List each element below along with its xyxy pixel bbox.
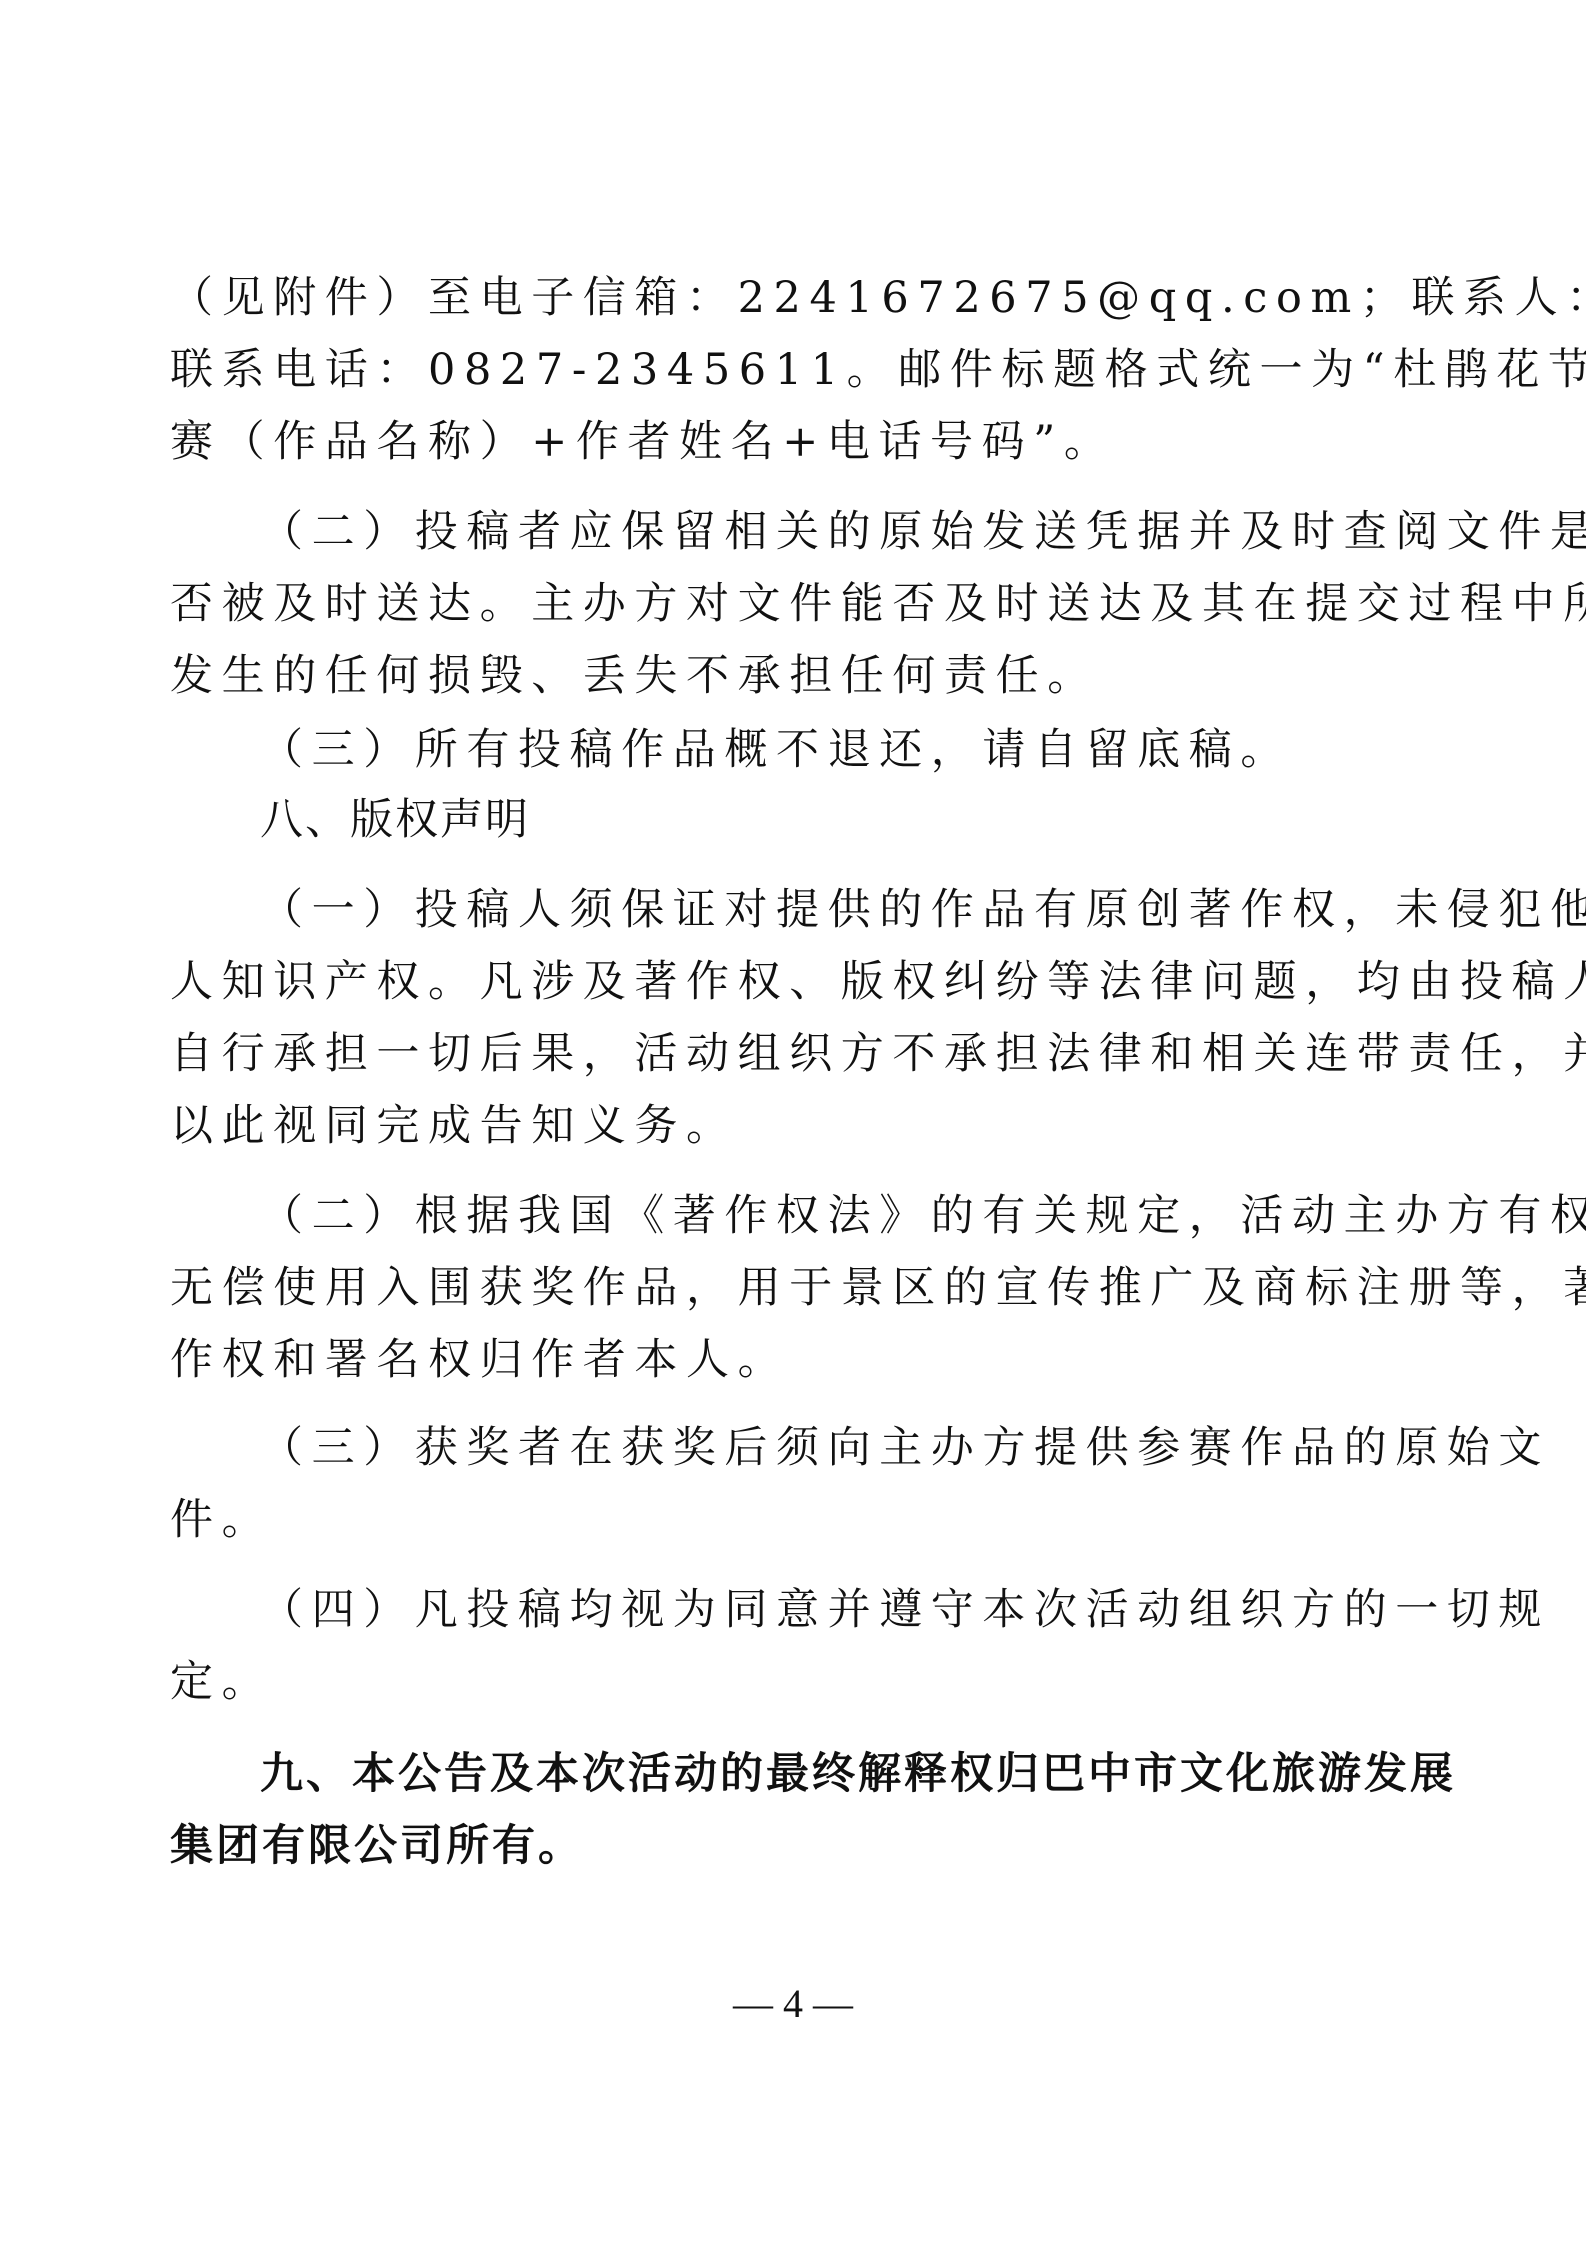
paragraph-line: （一）投稿人须保证对提供的作品有原创著作权，未侵犯他: [260, 882, 1350, 938]
paragraph-line: 人知识产权。凡涉及著作权、版权纠纷等法律问题，均由投稿人: [170, 954, 1350, 1010]
paragraph-line: 发生的任何损毁、丢失不承担任何责任。: [170, 648, 1350, 704]
paragraph-line: 无偿使用入围获奖作品，用于景区的宣传推广及商标注册等，著: [170, 1260, 1350, 1316]
section-heading: 八、版权声明: [260, 792, 530, 848]
paragraph-line: 作权和署名权归作者本人。: [170, 1332, 1350, 1388]
paragraph-line: （四）凡投稿均视为同意并遵守本次活动组织方的一切规: [260, 1582, 1350, 1638]
paragraph-line: （三）所有投稿作品概不退还，请自留底稿。: [260, 722, 1350, 778]
paragraph-line: 否被及时送达。主办方对文件能否及时送达及其在提交过程中所: [170, 576, 1350, 632]
paragraph-line: （见附件）至电子信箱：2241672675@qq.com；联系人：王女士；: [170, 270, 1350, 326]
paragraph-line: 件。: [170, 1492, 1350, 1548]
paragraph-line: 以此视同完成告知义务。: [170, 1098, 1350, 1154]
paragraph-line: 赛（作品名称）+作者姓名+电话号码”。: [170, 414, 1350, 470]
section-nine-line: 集团有限公司所有。: [170, 1818, 1350, 1874]
paragraph-line: （二）根据我国《著作权法》的有关规定，活动主办方有权: [260, 1188, 1350, 1244]
page-number: — 4 —: [0, 1976, 1586, 2032]
document-page: （见附件）至电子信箱：2241672675@qq.com；联系人：王女士； 联系…: [0, 0, 1586, 2245]
paragraph-line: 自行承担一切后果，活动组织方不承担法律和相关连带责任，并: [170, 1026, 1350, 1082]
paragraph-line: 联系电话：0827-2345611。邮件标题格式统一为“杜鹃花节摄影: [170, 342, 1350, 398]
section-nine-line: 九、本公告及本次活动的最终解释权归巴中市文化旅游发展: [260, 1746, 1350, 1802]
paragraph-line: （三）获奖者在获奖后须向主办方提供参赛作品的原始文: [260, 1420, 1350, 1476]
paragraph-line: （二）投稿者应保留相关的原始发送凭据并及时查阅文件是: [260, 504, 1350, 560]
paragraph-line: 定。: [170, 1654, 1350, 1710]
